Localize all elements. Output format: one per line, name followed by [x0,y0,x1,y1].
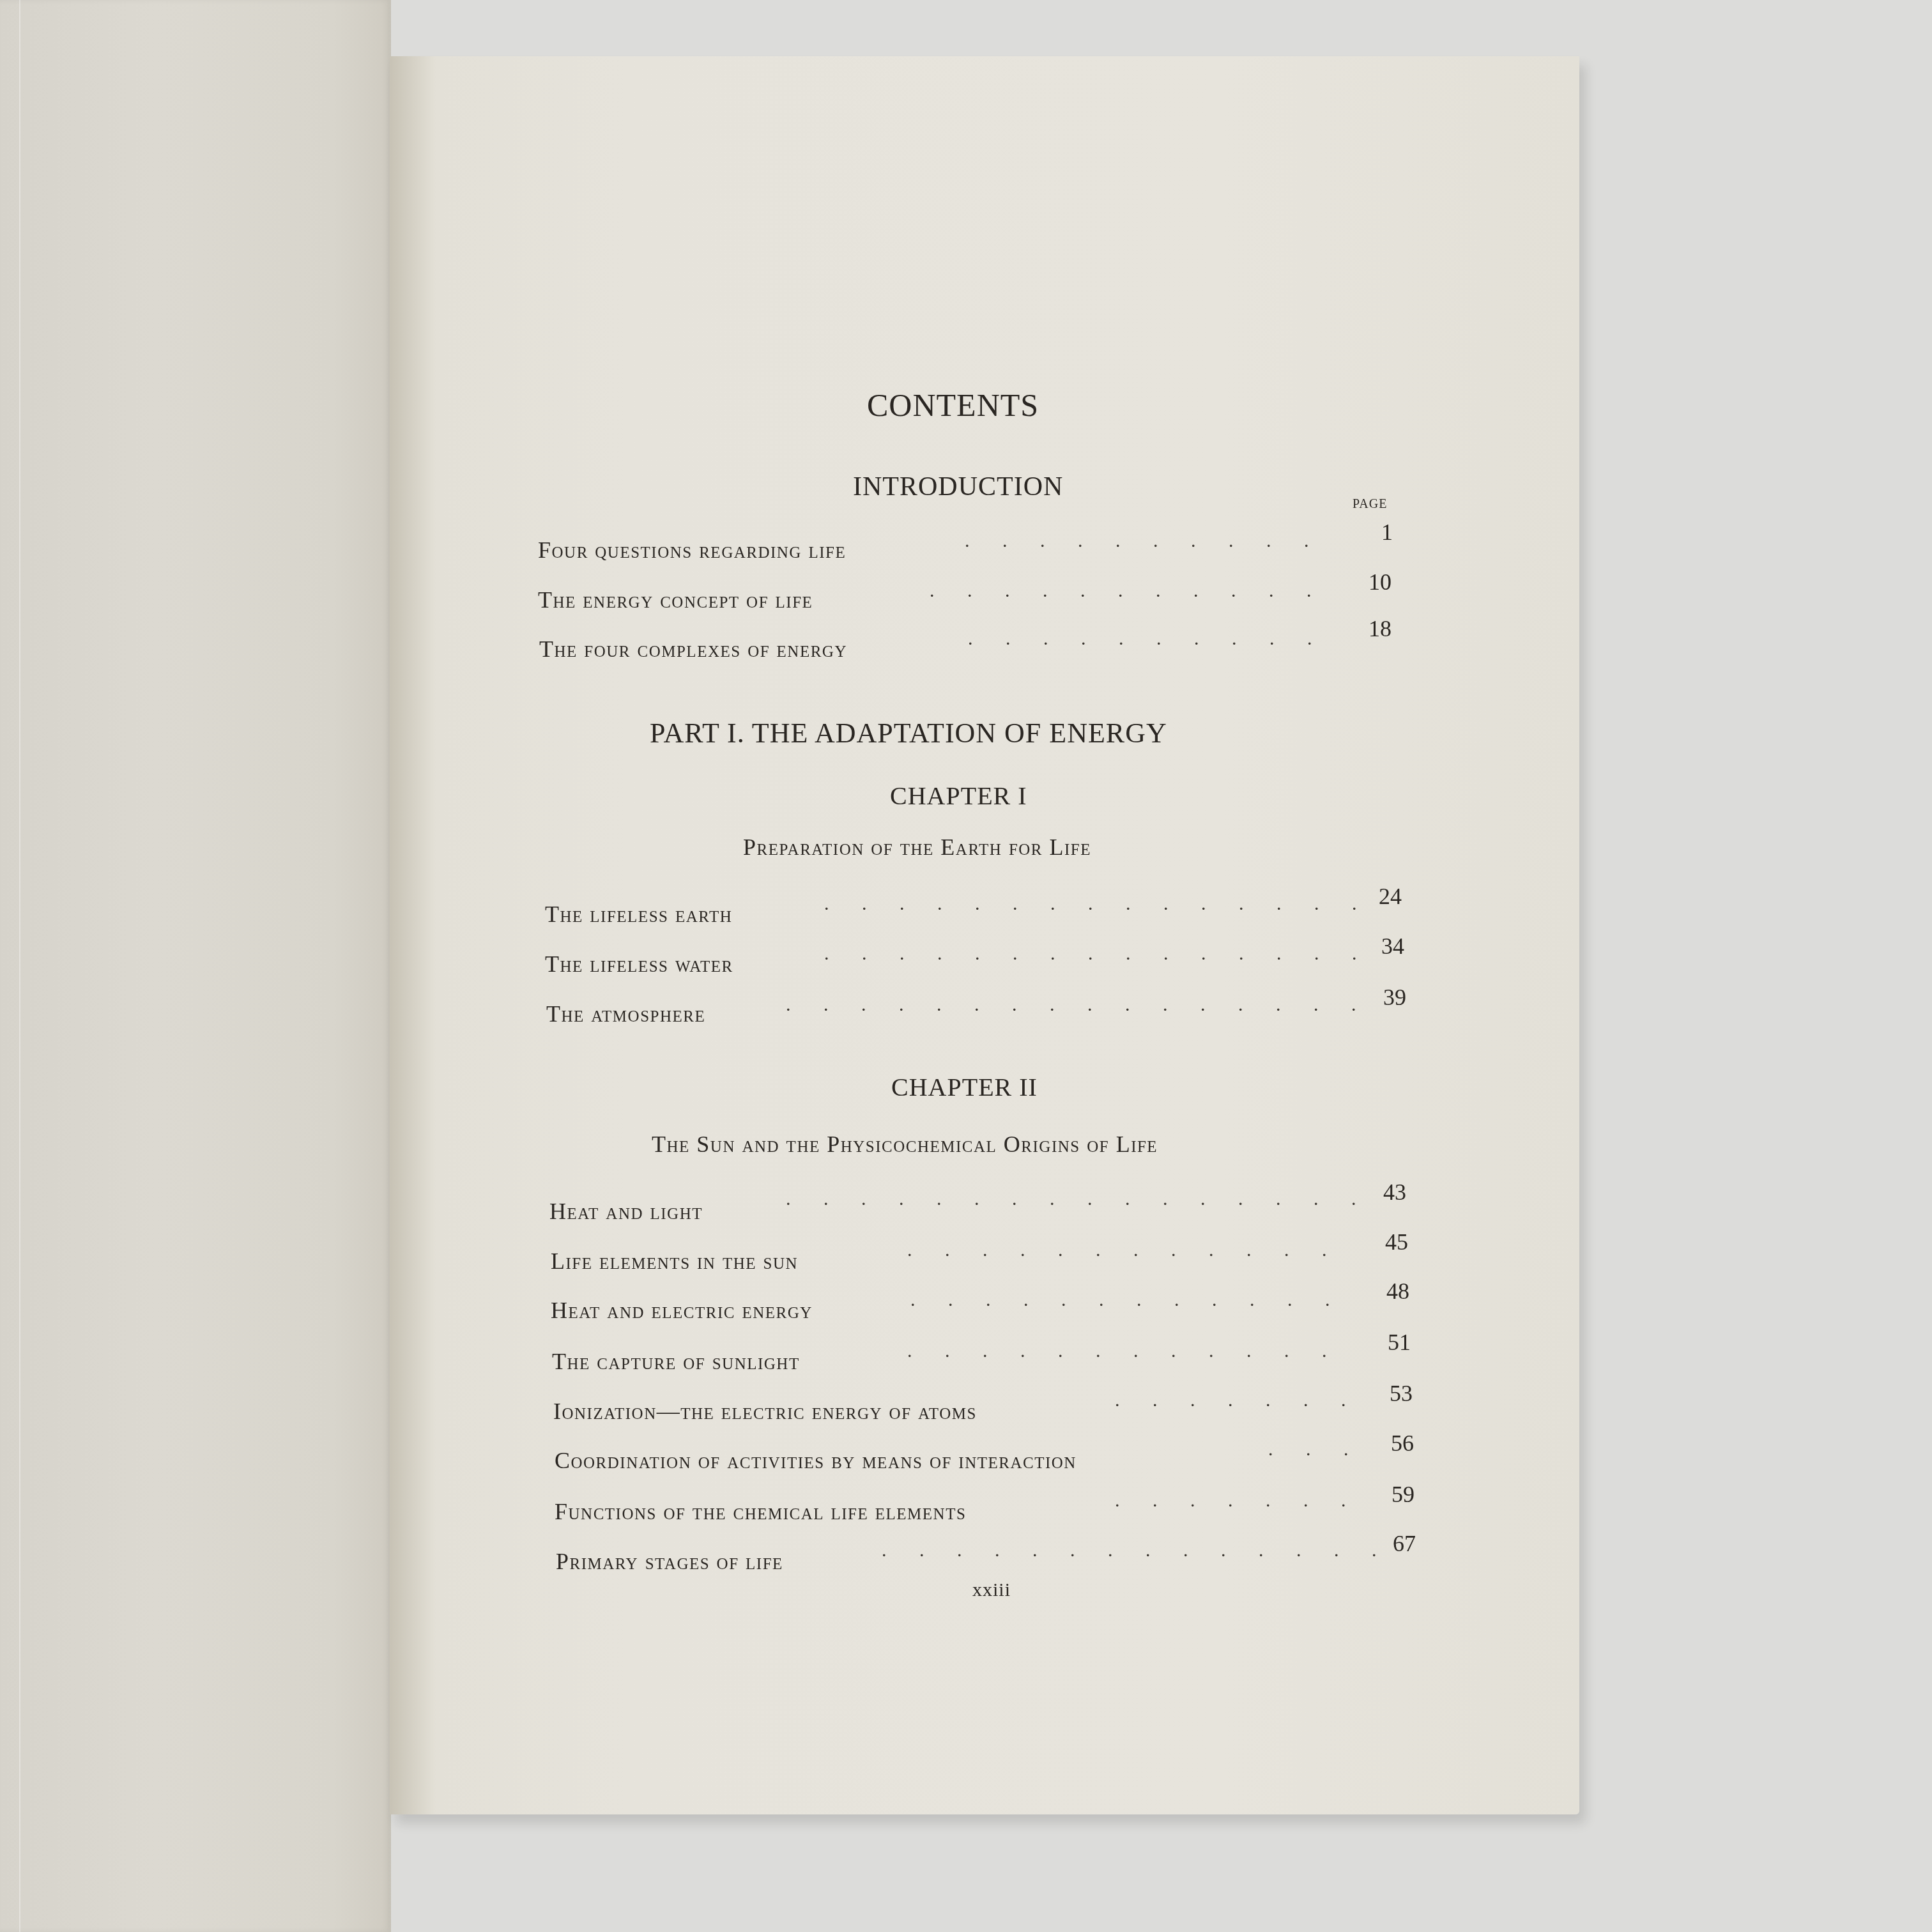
toc-entry-label: The four complexes of energy [539,636,847,663]
toc-entry-label: Primary stages of life [556,1548,783,1575]
leader-dots: . . . . . . . [1115,1490,1360,1512]
toc-entry-page: 45 [1385,1229,1408,1255]
toc-entry-page: 34 [1381,933,1404,960]
leader-dots: . . . . . . . . . . . . [907,1239,1341,1261]
leader-dots: . . . . . . . . . . [965,530,1323,552]
toc-entry-label: Ionization—the electric energy of atoms [553,1398,977,1425]
toc-entry-label: The atmosphere [546,1000,705,1027]
toc-entry-label: The lifeless water [545,951,733,977]
toc-entry-page: 59 [1391,1481,1414,1508]
toc-entry-label: Heat and light [549,1198,703,1225]
left-page [0,0,391,1932]
toc-entry-page: 10 [1368,569,1391,595]
toc-entry-page: 67 [1393,1530,1416,1557]
leader-dots: . . . . . . . . . . . . . . . [824,893,1371,915]
toc-entry-page: 24 [1379,883,1402,910]
toc-entry-label: The energy concept of life [538,586,813,613]
toc-entry-page: 18 [1368,615,1391,642]
toc-entry-page: 53 [1390,1380,1413,1407]
leader-dots: . . . . . . . . . . . . . . . . [786,994,1370,1016]
leader-dots: . . . . . . . . . . . . . . [882,1540,1391,1561]
toc-entry-page: 48 [1386,1278,1409,1305]
toc-entry-label: Four questions regarding life [538,537,846,563]
leader-dots: . . . . . . . . . . . . [907,1340,1341,1362]
leader-dots: . . . [1268,1439,1363,1460]
toc-entry-page: 43 [1383,1179,1406,1206]
toc-entry-label: Heat and electric energy [551,1297,813,1324]
toc-entry-label: Life elements in the sun [551,1248,798,1275]
toc-entry-label: Functions of the chemical life elements [555,1498,966,1525]
part-heading: PART I. THE ADAPTATION OF ENERGY [650,717,1167,749]
toc-entry-label: Coordination of activities by means of i… [555,1447,1077,1474]
spine-shadow [390,56,434,1814]
page-number: xxiii [972,1579,1011,1601]
introduction-heading: INTRODUCTION [853,471,1063,502]
chapter-1-heading: CHAPTER I [890,781,1027,811]
chapter-1-subtitle: Preparation of the Earth for Life [743,834,1091,861]
leader-dots: . . . . . . . . . . . . [910,1289,1344,1311]
toc-entry-page: 51 [1388,1329,1411,1356]
toc-entry-page: 56 [1391,1430,1414,1457]
toc-entry-label: The capture of sunlight [552,1348,800,1375]
toc-entry-page: 1 [1381,519,1393,546]
page-title: CONTENTS [867,387,1039,424]
toc-entry-page: 39 [1383,984,1406,1011]
leader-dots: . . . . . . . [1115,1390,1360,1411]
leader-dots: . . . . . . . . . . . [930,580,1326,602]
toc-entry-label: The lifeless earth [545,901,732,928]
chapter-2-subtitle: The Sun and the Physicochemical Origins … [652,1131,1158,1158]
page-column-label: PAGE [1353,497,1387,512]
chapter-2-heading: CHAPTER II [891,1072,1038,1102]
leader-dots: . . . . . . . . . . . . . . . [824,943,1371,965]
leader-dots: . . . . . . . . . . . . . . . . [786,1188,1370,1210]
leader-dots: . . . . . . . . . . [968,628,1326,650]
